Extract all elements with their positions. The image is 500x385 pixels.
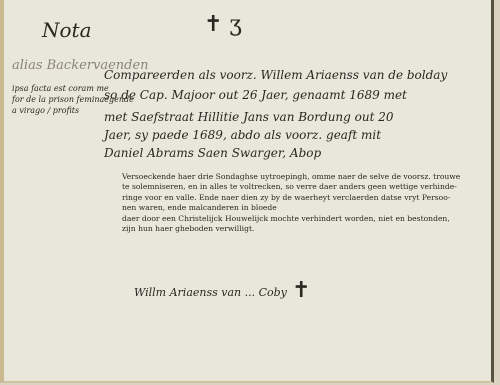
signature-mark-icon: ✝ <box>292 278 310 303</box>
main-line: met Saefstraat Hillitie Jans van Bordung… <box>104 110 394 124</box>
main-line: so de Cap. Majoor out 26 Jaer, genaamt 1… <box>104 88 407 102</box>
body-line: daer door een Christelijck Houwelijck mo… <box>122 214 492 224</box>
body-line: te solemniseren, en in alles te voltreck… <box>122 182 492 192</box>
cross-marks: ✝ ʒ <box>204 12 242 37</box>
main-line: Jaer, sy paede 1689, abdo als voorz. gea… <box>104 128 381 142</box>
signature: Willm Ariaenss van ... Coby <box>134 286 287 299</box>
margin-line: ipsa facta est coram me <box>12 84 109 93</box>
body-line: nen waren, ende malcanderen in bloede <box>122 203 492 213</box>
main-line: Compareerden als voorz. Willem Ariaenss … <box>104 68 447 82</box>
body-line: ringe voor en valle. Ende naer dien zy b… <box>122 193 492 203</box>
main-line: Daniel Abrams Saen Swarger, Abop <box>104 146 321 160</box>
printed-body-text: Versoeckende haer drie Sondaghse uytroep… <box>122 172 492 234</box>
margin-line: a virago / profits <box>12 106 79 115</box>
margin-nota: Nota <box>42 18 92 42</box>
body-line: zijn hun haer gheboden verwilligt. <box>122 224 492 234</box>
document-page: Nota alias Backervaenden ipsa facta est … <box>0 0 494 383</box>
body-line: Versoeckende haer drie Sondaghse uytroep… <box>122 172 492 182</box>
